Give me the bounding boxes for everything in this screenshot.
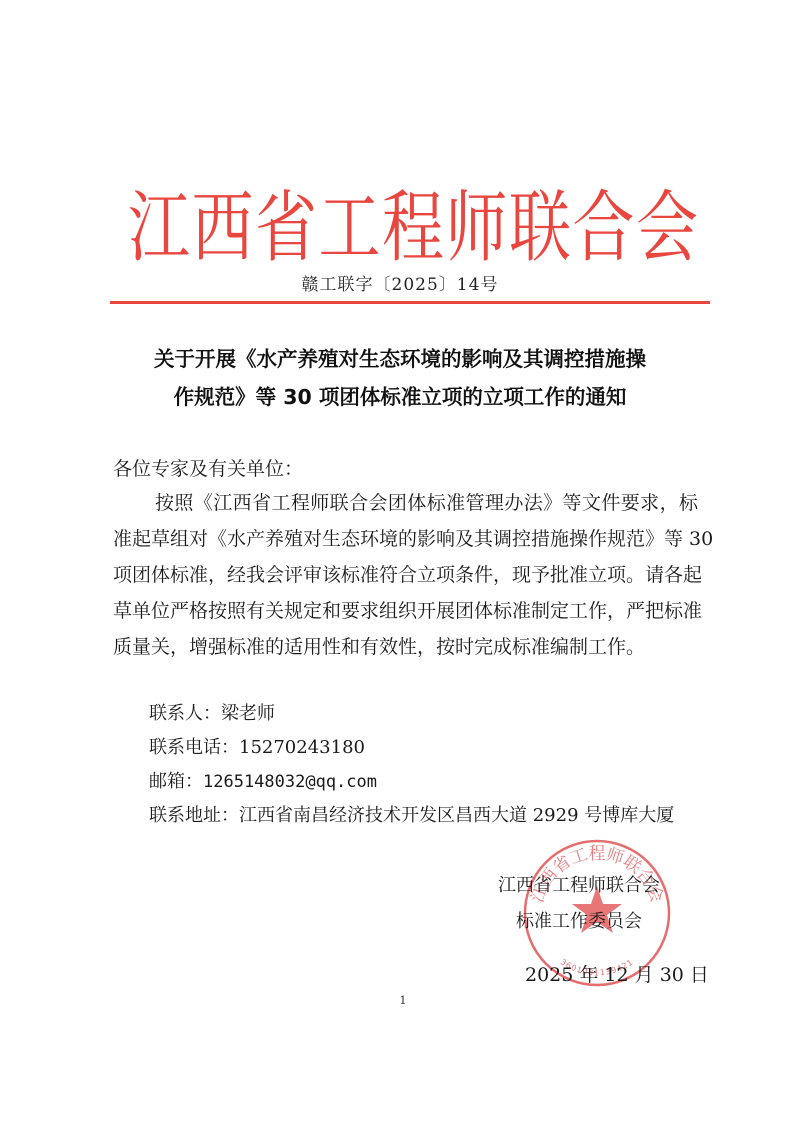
letterhead-char: 合 xyxy=(573,164,635,275)
contact-person-value: 梁老师 xyxy=(221,703,275,724)
contact-phone-label: 联系电话： xyxy=(149,737,239,758)
contact-info: 联系人：梁老师 联系电话：15270243180 邮箱：1265148032@q… xyxy=(149,700,674,836)
body-line: 质量关，增强标准的适用性和有效性，按时完成标准编制工作。 xyxy=(113,629,698,665)
notice-title: 关于开展《水产养殖对生态环境的影响及其调控措施操 作规范》等 30 项团体标准立… xyxy=(100,340,700,416)
contact-address-row: 联系地址：江西省南昌经济技术开发区昌西大道 2929 号博库大厦 xyxy=(149,802,674,836)
body-paragraph: 按照《江西省工程师联合会团体标准管理办法》等文件要求，标 准起草组对《水产养殖对… xyxy=(113,485,698,665)
contact-email-row: 邮箱：1265148032@qq.com xyxy=(149,768,674,802)
letterhead-char: 江 xyxy=(128,164,190,275)
issue-date: 2025 年 12 月 30 日 xyxy=(525,960,709,987)
letterhead-char: 西 xyxy=(192,164,254,275)
title-line-1: 关于开展《水产养殖对生态环境的影响及其调控措施操 xyxy=(100,340,700,378)
body-line: 项团体标准，经我会评审该标准符合立项条件，现予批准立项。请各起 xyxy=(113,557,698,593)
contact-person-label: 联系人： xyxy=(149,703,221,724)
page-number: 1 xyxy=(0,994,800,1007)
contact-person-row: 联系人：梁老师 xyxy=(149,700,674,734)
letterhead-char: 省 xyxy=(255,164,317,275)
contact-address-label: 联系地址： xyxy=(149,805,239,826)
letterhead-char: 会 xyxy=(636,164,698,275)
letterhead-char: 联 xyxy=(509,164,571,275)
issuer-org-line-2: 标准工作委员会 xyxy=(498,904,660,940)
document-page: 江 西 省 工 程 师 联 合 会 赣工联字〔2025〕14号 关于开展《水产养… xyxy=(0,0,800,1131)
letterhead-char: 工 xyxy=(319,164,381,275)
contact-phone-value: 15270243180 xyxy=(239,737,365,758)
salutation: 各位专家及有关单位： xyxy=(113,454,303,481)
contact-phone-row: 联系电话：15270243180 xyxy=(149,734,674,768)
letterhead-char: 师 xyxy=(446,164,508,275)
contact-email-value: 1265148032@qq.com xyxy=(203,772,377,792)
issuer-org-line-1: 江西省工程师联合会 xyxy=(498,868,660,904)
issuer-signature: 江西省工程师联合会 标准工作委员会 xyxy=(498,868,660,940)
letterhead-char: 程 xyxy=(382,164,444,275)
header-divider xyxy=(110,301,710,304)
title-line-2: 作规范》等 30 项团体标准立项的立项工作的通知 xyxy=(100,378,700,416)
body-line: 准起草组对《水产养殖对生态环境的影响及其调控措施操作规范》等 30 xyxy=(113,521,698,557)
body-line: 草单位严格按照有关规定和要求组织开展团体标准制定工作，严把标准 xyxy=(113,593,698,629)
document-number: 赣工联字〔2025〕14号 xyxy=(0,270,800,295)
body-line: 按照《江西省工程师联合会团体标准管理办法》等文件要求，标 xyxy=(113,485,698,521)
contact-email-label: 邮箱： xyxy=(149,771,203,792)
organization-letterhead: 江 西 省 工 程 师 联 合 会 xyxy=(128,158,698,283)
contact-address-value: 江西省南昌经济技术开发区昌西大道 2929 号博库大厦 xyxy=(239,805,674,826)
